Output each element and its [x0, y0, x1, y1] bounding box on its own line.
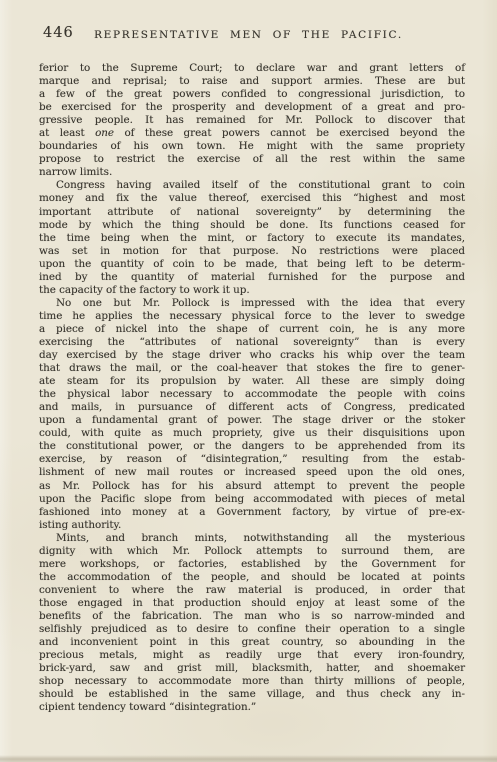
italic-text: one	[95, 127, 114, 139]
text-line: cipient tendency toward “disintegration.…	[39, 701, 465, 714]
text-line: shop necessary to accommodate more than …	[39, 675, 465, 688]
text-line: those engaged in that production should …	[39, 597, 465, 610]
text-line: the physical labor necessary to accommod…	[39, 388, 465, 401]
text-line: money and fix the value thereof, exercis…	[39, 192, 465, 205]
text-line: Congress having availed itself of the co…	[39, 179, 465, 192]
text-line: Mints, and branch mints, notwithstanding…	[39, 532, 465, 545]
text-line: was set in motion for that purpose. No r…	[39, 245, 465, 258]
text-line: isting authority.	[39, 519, 465, 532]
text-line: that draws the mail, or the coal-heaver …	[39, 362, 465, 375]
text-line: ined by the quantity of material furnish…	[39, 271, 465, 284]
text-line: and mails, in pursuance of different act…	[39, 401, 465, 414]
text-line: selfishly prejudiced as to desire to con…	[39, 623, 465, 636]
text-line: upon the quantity of coin to be made, th…	[39, 258, 465, 271]
book-page: 446 REPRESENTATIVE MEN OF THE PACIFIC. f…	[0, 0, 497, 762]
text-line: as Mr. Pollock has for his absurd attemp…	[39, 480, 465, 493]
text-line: convenient to where the raw material is …	[39, 584, 465, 597]
text-line: No one but Mr. Pollock is impressed with…	[39, 297, 465, 310]
text-line: a few of the great powers confided to co…	[39, 88, 465, 101]
text-line: boundaries of his own town. He might wit…	[39, 140, 465, 153]
running-title: REPRESENTATIVE MEN OF THE PACIFIC.	[0, 29, 497, 41]
text-line: day exercised by the stage driver who cr…	[39, 349, 465, 362]
text-line: should be established in the same villag…	[39, 688, 465, 701]
text-line: upon the Pacific slope from being accomm…	[39, 493, 465, 506]
text-line: could, with quite as much propriety, giv…	[39, 427, 465, 440]
text-line: ferior to the Supreme Court; to declare …	[39, 62, 465, 75]
text-line: at least one of these great powers canno…	[39, 127, 465, 140]
text-line: exercise, by reason of “disintegration,”…	[39, 453, 465, 466]
text-line: fashioned into money at a Government fac…	[39, 506, 465, 519]
text-line: dignity with which Mr. Pollock attempts …	[39, 545, 465, 558]
text-line: precious metals, might as readily urge t…	[39, 649, 465, 662]
text-line: benefits of the fabrication. The man who…	[39, 610, 465, 623]
text-line: and inconvenient point in this great cou…	[39, 636, 465, 649]
text-line: time he applies the necessary physical f…	[39, 310, 465, 323]
text-line: narrow limits.	[39, 166, 465, 179]
text-line: the constitutional power, or the dangers…	[39, 440, 465, 453]
text-line: be exercised for the prosperity and deve…	[39, 101, 465, 114]
text-line: a piece of nickel into the shape of curr…	[39, 323, 465, 336]
text-line: the capacity of the factory to work it u…	[39, 284, 465, 297]
text-line: mode by which the thing should be done. …	[39, 219, 465, 232]
text-line: upon a fundamental grant of power. The s…	[39, 414, 465, 427]
text-line: marque and reprisal; to raise and suppor…	[39, 75, 465, 88]
page-body-text: ferior to the Supreme Court; to declare …	[39, 62, 465, 714]
text-line: propose to restrict the exercise of all …	[39, 153, 465, 166]
page-header: 446 REPRESENTATIVE MEN OF THE PACIFIC.	[0, 0, 497, 50]
text-line: the accommodation of the people, and sho…	[39, 571, 465, 584]
text-line: important attribute of national sovereig…	[39, 206, 465, 219]
text-line: lishment of new mail routes or increased…	[39, 466, 465, 479]
text-line: exercising the “attributes of national s…	[39, 336, 465, 349]
text-line: the time being when the mint, or factory…	[39, 232, 465, 245]
text-line: gressive people. It has remained for Mr.…	[39, 114, 465, 127]
text-line: ate steam for its propulsion by water. A…	[39, 375, 465, 388]
text-line: brick-yard, saw and grist mill, blacksmi…	[39, 662, 465, 675]
page-bottom-edge-shadow	[0, 755, 497, 762]
text-line: mere workshops, or factories, establishe…	[39, 558, 465, 571]
